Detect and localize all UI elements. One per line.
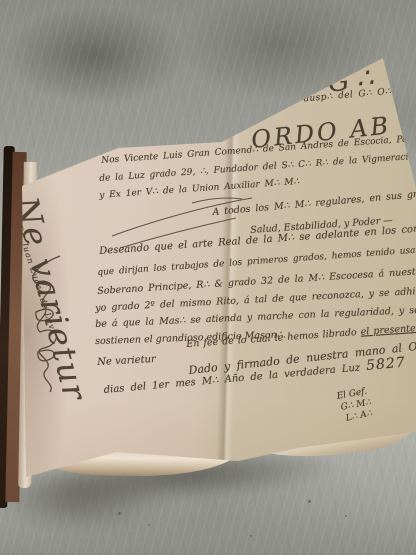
table-speck [250, 535, 252, 537]
table-speck [308, 500, 311, 503]
table-speck [118, 512, 121, 515]
table-speck [148, 524, 150, 526]
signature-rubric-icon [16, 252, 80, 397]
manuscript-photo: A∴ L∴ G∴ D∴ G∴ A∴ M∴ O∴ del Uni∴ bajo lo… [0, 0, 416, 555]
table-speck [345, 515, 347, 517]
